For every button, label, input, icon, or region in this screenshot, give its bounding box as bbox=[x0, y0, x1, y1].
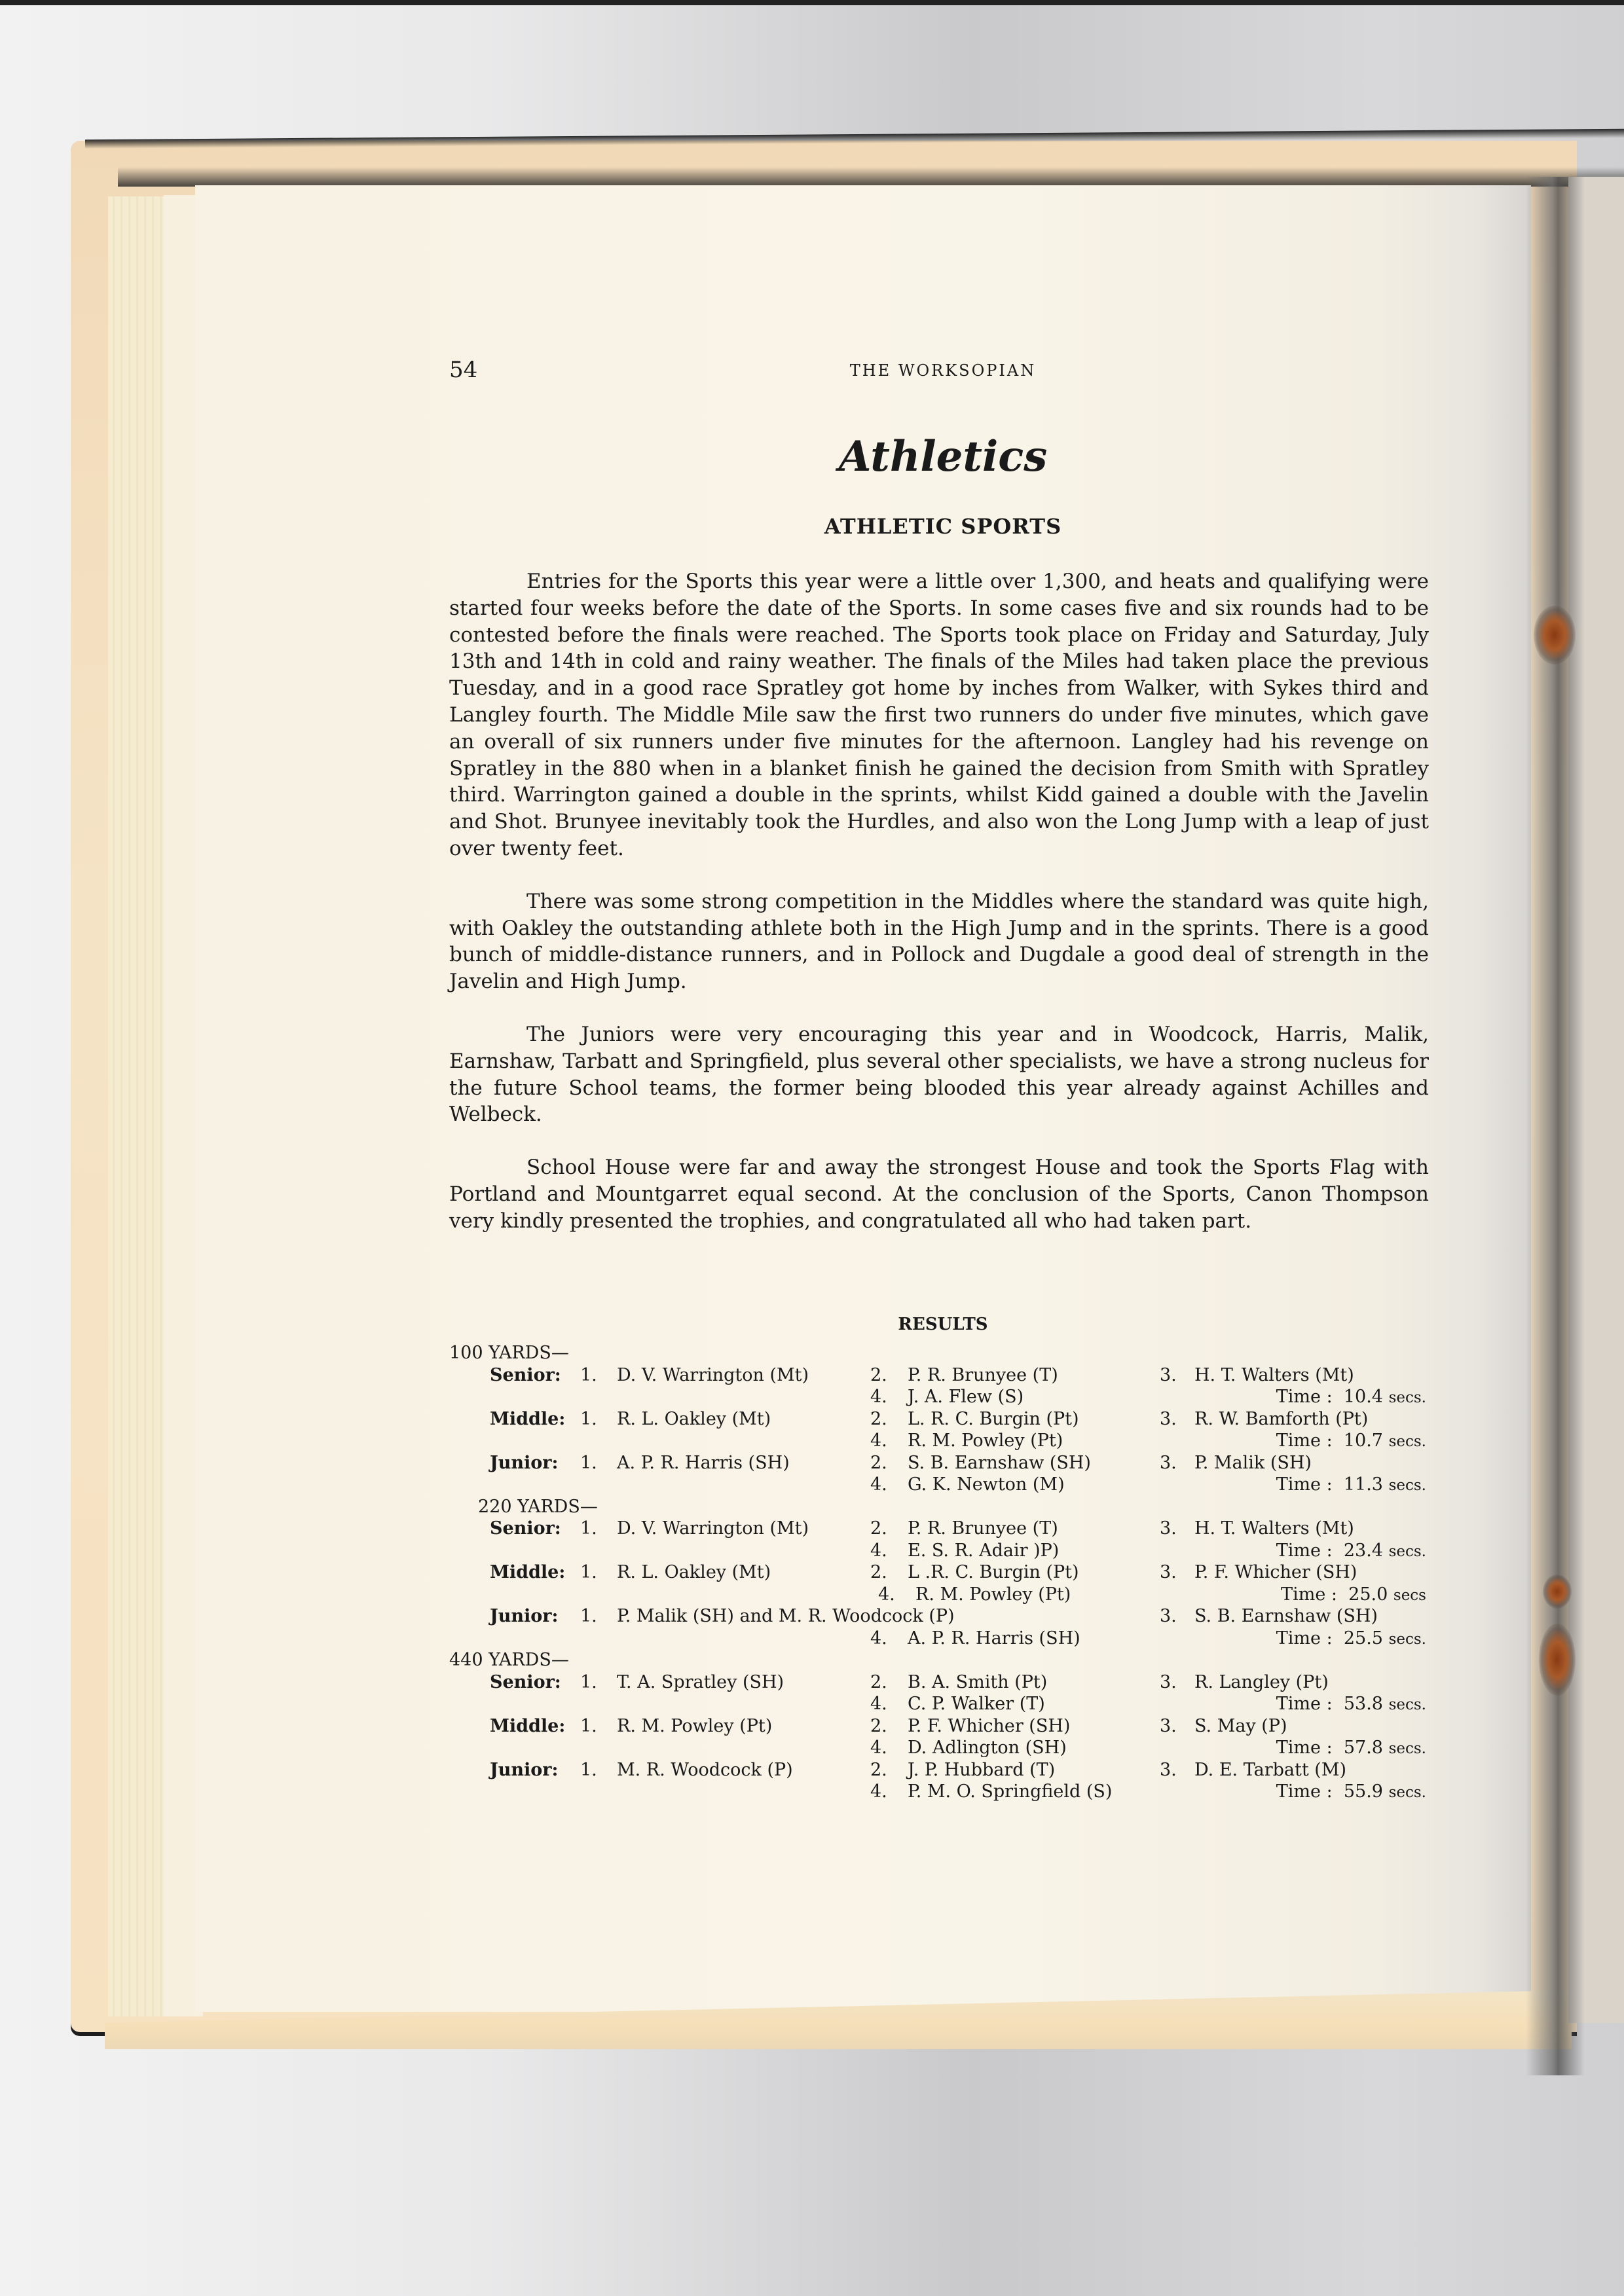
third-place: S. B. Earnshaw (SH) bbox=[1194, 1605, 1378, 1628]
third-place: D. E. Tarbatt (M) bbox=[1194, 1759, 1346, 1781]
place-number: 4. bbox=[870, 1430, 887, 1452]
paragraph: The Juniors were very encouraging this y… bbox=[449, 1021, 1429, 1128]
event-heading: 440 YARDS— bbox=[449, 1649, 1431, 1671]
result-row: Senior: 1. D. V. Warrington (Mt) 2. P. R… bbox=[449, 1518, 1431, 1540]
place-number: 4. bbox=[870, 1540, 887, 1562]
section-title: ATHLETIC SPORTS bbox=[747, 514, 1139, 539]
first-place: R. L. Oakley (Mt) bbox=[617, 1561, 771, 1584]
winning-time: Time : 10.4 secs. bbox=[1276, 1386, 1426, 1410]
fourth-place: P. M. O. Springfield (S) bbox=[908, 1781, 1112, 1803]
first-place: M. R. Woodcock (P) bbox=[617, 1759, 793, 1781]
fourth-place: A. P. R. Harris (SH) bbox=[908, 1628, 1080, 1650]
paragraph: There was some strong competition in the… bbox=[449, 888, 1429, 995]
first-place: T. A. Spratley (SH) bbox=[617, 1671, 784, 1694]
first-place: D. V. Warrington (Mt) bbox=[617, 1518, 809, 1540]
result-row: Junior: 1. P. Malik (SH) and M. R. Woodc… bbox=[449, 1605, 1431, 1628]
second-place: L. R. C. Burgin (Pt) bbox=[908, 1408, 1079, 1430]
result-row: 4. P. M. O. Springfield (S) Time : 55.9 … bbox=[449, 1781, 1431, 1803]
second-place: P. R. Brunyee (T) bbox=[908, 1364, 1058, 1387]
result-row: 4. R. M. Powley (Pt) Time : 25.0 secs bbox=[449, 1584, 1431, 1606]
result-row: Middle: 1. R. L. Oakley (Mt) 2. L. R. C.… bbox=[449, 1408, 1431, 1430]
fourth-place: J. A. Flew (S) bbox=[908, 1386, 1024, 1408]
page-content: 54 THE WORKSOPIAN Athletics ATHLETIC SPO… bbox=[0, 0, 1624, 2296]
place-number: 4. bbox=[870, 1628, 887, 1650]
result-entry: Junior: 1. P. Malik (SH) and M. R. Woodc… bbox=[449, 1605, 1431, 1649]
result-row: 4. D. Adlington (SH) Time : 57.8 secs. bbox=[449, 1737, 1431, 1759]
category-label: Junior: bbox=[490, 1605, 559, 1628]
first-place: R. M. Powley (Pt) bbox=[617, 1715, 772, 1738]
result-entry: Middle: 1. R. M. Powley (Pt) 2. P. F. Wh… bbox=[449, 1715, 1431, 1759]
place-number: 3. bbox=[1160, 1671, 1177, 1694]
second-place: P. F. Whicher (SH) bbox=[908, 1715, 1070, 1738]
place-number: 4. bbox=[878, 1584, 895, 1606]
fourth-place: G. K. Newton (M) bbox=[908, 1474, 1065, 1496]
place-number: 2. bbox=[870, 1759, 887, 1781]
place-number: 1. bbox=[580, 1452, 597, 1474]
page-number: 54 bbox=[449, 357, 477, 383]
winning-time: Time : 57.8 secs. bbox=[1276, 1737, 1426, 1760]
place-number: 1. bbox=[580, 1408, 597, 1430]
place-number: 2. bbox=[870, 1561, 887, 1584]
result-row: 4. G. K. Newton (M) Time : 11.3 secs. bbox=[449, 1474, 1431, 1496]
result-row: Middle: 1. R. L. Oakley (Mt) 2. L .R. C.… bbox=[449, 1561, 1431, 1584]
third-place: P. F. Whicher (SH) bbox=[1194, 1561, 1357, 1584]
fourth-place: E. S. R. Adair )P) bbox=[908, 1540, 1059, 1562]
result-entry: Junior: 1. M. R. Woodcock (P) 2. J. P. H… bbox=[449, 1759, 1431, 1803]
place-number: 4. bbox=[870, 1474, 887, 1496]
third-place: R. W. Bamforth (Pt) bbox=[1194, 1408, 1368, 1430]
place-number: 3. bbox=[1160, 1364, 1177, 1387]
winning-time: Time : 25.0 secs bbox=[1281, 1584, 1426, 1607]
second-place: B. A. Smith (Pt) bbox=[908, 1671, 1047, 1694]
place-number: 1. bbox=[580, 1518, 597, 1540]
winning-time: Time : 25.5 secs. bbox=[1276, 1628, 1426, 1651]
article-body: Entries for the Sports this year were a … bbox=[449, 568, 1429, 1261]
third-place: H. T. Walters (Mt) bbox=[1194, 1364, 1354, 1387]
place-number: 2. bbox=[870, 1518, 887, 1540]
winning-time: Time : 55.9 secs. bbox=[1276, 1781, 1426, 1804]
fourth-place: C. P. Walker (T) bbox=[908, 1693, 1045, 1715]
second-place: J. P. Hubbard (T) bbox=[908, 1759, 1055, 1781]
place-number: 2. bbox=[870, 1408, 887, 1430]
results-title: RESULTS bbox=[871, 1315, 1015, 1334]
first-place: P. Malik (SH) and M. R. Woodcock (P) bbox=[617, 1605, 955, 1628]
category-label: Junior: bbox=[490, 1452, 559, 1474]
place-number: 2. bbox=[870, 1671, 887, 1694]
result-entry: Middle: 1. R. L. Oakley (Mt) 2. L. R. C.… bbox=[449, 1408, 1431, 1452]
category-label: Middle: bbox=[490, 1408, 565, 1430]
place-number: 1. bbox=[580, 1561, 597, 1584]
category-label: Middle: bbox=[490, 1561, 565, 1584]
category-label: Middle: bbox=[490, 1715, 565, 1738]
place-number: 4. bbox=[870, 1781, 887, 1803]
result-row: Middle: 1. R. M. Powley (Pt) 2. P. F. Wh… bbox=[449, 1715, 1431, 1738]
result-row: Senior: 1. T. A. Spratley (SH) 2. B. A. … bbox=[449, 1671, 1431, 1694]
result-entry: Senior: 1. D. V. Warrington (Mt) 2. P. R… bbox=[449, 1364, 1431, 1408]
winning-time: Time : 11.3 secs. bbox=[1276, 1474, 1426, 1497]
place-number: 4. bbox=[870, 1737, 887, 1759]
event-heading: 220 YARDS— bbox=[449, 1496, 1431, 1518]
place-number: 3. bbox=[1160, 1605, 1177, 1628]
event-heading: 100 YARDS— bbox=[449, 1342, 1431, 1364]
first-place: A. P. R. Harris (SH) bbox=[617, 1452, 790, 1474]
second-place: P. R. Brunyee (T) bbox=[908, 1518, 1058, 1540]
paragraph: School House were far and away the stron… bbox=[449, 1154, 1429, 1234]
third-place: S. May (P) bbox=[1194, 1715, 1287, 1738]
result-entry: Senior: 1. D. V. Warrington (Mt) 2. P. R… bbox=[449, 1518, 1431, 1561]
third-place: P. Malik (SH) bbox=[1194, 1452, 1312, 1474]
fourth-place: D. Adlington (SH) bbox=[908, 1737, 1067, 1759]
second-place: L .R. C. Burgin (Pt) bbox=[908, 1561, 1079, 1584]
place-number: 4. bbox=[870, 1693, 887, 1715]
place-number: 3. bbox=[1160, 1452, 1177, 1474]
place-number: 3. bbox=[1160, 1561, 1177, 1584]
fourth-place: R. M. Powley (Pt) bbox=[915, 1584, 1071, 1606]
place-number: 3. bbox=[1160, 1715, 1177, 1738]
place-number: 2. bbox=[870, 1364, 887, 1387]
place-number: 1. bbox=[580, 1364, 597, 1387]
paragraph: Entries for the Sports this year were a … bbox=[449, 568, 1429, 862]
result-row: 4. C. P. Walker (T) Time : 53.8 secs. bbox=[449, 1693, 1431, 1715]
results-table: 100 YARDS— Senior: 1. D. V. Warrington (… bbox=[449, 1342, 1431, 1803]
result-entry: Junior: 1. A. P. R. Harris (SH) 2. S. B.… bbox=[449, 1452, 1431, 1496]
result-row: 4. E. S. R. Adair )P) Time : 23.4 secs. bbox=[449, 1540, 1431, 1562]
third-place: R. Langley (Pt) bbox=[1194, 1671, 1329, 1694]
result-row: Junior: 1. M. R. Woodcock (P) 2. J. P. H… bbox=[449, 1759, 1431, 1781]
place-number: 3. bbox=[1160, 1759, 1177, 1781]
place-number: 2. bbox=[870, 1715, 887, 1738]
place-number: 1. bbox=[580, 1605, 597, 1628]
result-row: Senior: 1. D. V. Warrington (Mt) 2. P. R… bbox=[449, 1364, 1431, 1387]
winning-time: Time : 23.4 secs. bbox=[1276, 1540, 1426, 1563]
category-label: Senior: bbox=[490, 1518, 561, 1540]
result-row: 4. A. P. R. Harris (SH) Time : 25.5 secs… bbox=[449, 1628, 1431, 1650]
result-row: 4. R. M. Powley (Pt) Time : 10.7 secs. bbox=[449, 1430, 1431, 1452]
place-number: 3. bbox=[1160, 1408, 1177, 1430]
running-head: THE WORKSOPIAN bbox=[838, 361, 1048, 380]
third-place: H. T. Walters (Mt) bbox=[1194, 1518, 1354, 1540]
place-number: 1. bbox=[580, 1759, 597, 1781]
fourth-place: R. M. Powley (Pt) bbox=[908, 1430, 1063, 1452]
first-place: R. L. Oakley (Mt) bbox=[617, 1408, 771, 1430]
result-row: Junior: 1. A. P. R. Harris (SH) 2. S. B.… bbox=[449, 1452, 1431, 1474]
category-label: Senior: bbox=[490, 1671, 561, 1694]
place-number: 1. bbox=[580, 1671, 597, 1694]
category-label: Senior: bbox=[490, 1364, 561, 1387]
place-number: 2. bbox=[870, 1452, 887, 1474]
result-entry: Middle: 1. R. L. Oakley (Mt) 2. L .R. C.… bbox=[449, 1561, 1431, 1605]
place-number: 3. bbox=[1160, 1518, 1177, 1540]
result-row: 4. J. A. Flew (S) Time : 10.4 secs. bbox=[449, 1386, 1431, 1408]
article-title: Athletics bbox=[773, 432, 1113, 481]
winning-time: Time : 53.8 secs. bbox=[1276, 1693, 1426, 1717]
place-number: 1. bbox=[580, 1715, 597, 1738]
result-entry: Senior: 1. T. A. Spratley (SH) 2. B. A. … bbox=[449, 1671, 1431, 1715]
category-label: Junior: bbox=[490, 1759, 559, 1781]
place-number: 4. bbox=[870, 1386, 887, 1408]
winning-time: Time : 10.7 secs. bbox=[1276, 1430, 1426, 1453]
first-place: D. V. Warrington (Mt) bbox=[617, 1364, 809, 1387]
second-place: S. B. Earnshaw (SH) bbox=[908, 1452, 1091, 1474]
